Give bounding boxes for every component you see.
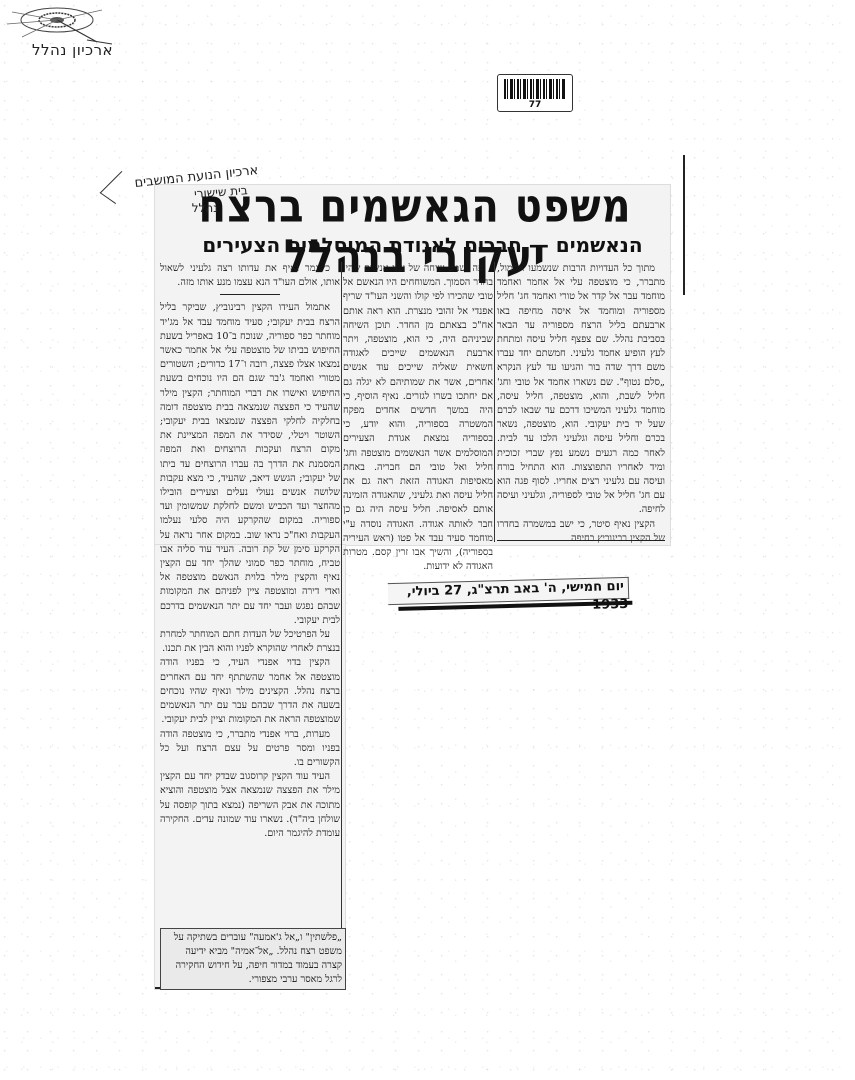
barcode-label: 77 <box>497 74 573 112</box>
barcode-number: 77 <box>498 100 572 110</box>
column-divider <box>494 262 495 542</box>
paragraph: הקצין נאיף סיטר, כי ישב במשמרה בחדרו של … <box>497 518 665 546</box>
paragraph: פה ושמע שיחה של שני אנשים שהיו בחדר הסמו… <box>343 262 493 574</box>
article-subheadline: הנאשמים — חברים לאגודת המוסלמים הצעירים <box>200 233 645 257</box>
barcode-icon <box>504 79 566 99</box>
press-note-box: „פלשתין" ו„אל ג'אמעה" עוברים בשתיקה על מ… <box>160 928 346 990</box>
stamp-line-3: נהלל <box>192 201 218 215</box>
stamp-arrow-icon <box>100 171 138 204</box>
paragraph: על הפרטיכל של העדות חתם המוחתר למחרת בנצ… <box>160 628 340 656</box>
archive-logo: ארכיון נהלל <box>2 2 132 57</box>
archive-logo-label: ארכיון נהלל <box>32 41 113 59</box>
paragraph: כשנמר נאיף את עדותו רצה גלעיני לשאול אות… <box>160 262 340 290</box>
dateline-text: יום חמישי, ה' באב תרצ"ג, 27 ביולי, 1933 <box>407 579 629 613</box>
clipping-edge-line <box>683 155 685 295</box>
article-column-right: מתוך כל העדויות הרבות שנשמעו אתמול, מתבר… <box>497 262 665 546</box>
paragraph: העיד עוד הקצין קרוסגוב שבדק יחד עם הקצין… <box>160 770 340 841</box>
article-column-left: כשנמר נאיף את עדותו רצה גלעיני לשאול אות… <box>160 262 340 841</box>
paragraph: הקצין בדוי אפנדי העיד, כי בפניו הודה מוצ… <box>160 656 340 727</box>
paragraph-separator <box>220 294 280 295</box>
paragraph: מתוך כל העדויות הרבות שנשמעו אתמול, מתבר… <box>497 262 665 518</box>
paragraph: אתמול העידו הקצין רבינוביץ, שביקר בליל ה… <box>160 301 340 628</box>
newspaper-dateline: יום חמישי, ה' באב תרצ"ג, 27 ביולי, 1933 <box>388 577 629 605</box>
paragraph: מערות, ברוי אפנדי מתברר, כי מוצטפה הודה … <box>160 728 340 771</box>
column-divider <box>341 262 342 974</box>
article-column-middle: פה ושמע שיחה של שני אנשים שהיו בחדר הסמו… <box>343 262 493 574</box>
